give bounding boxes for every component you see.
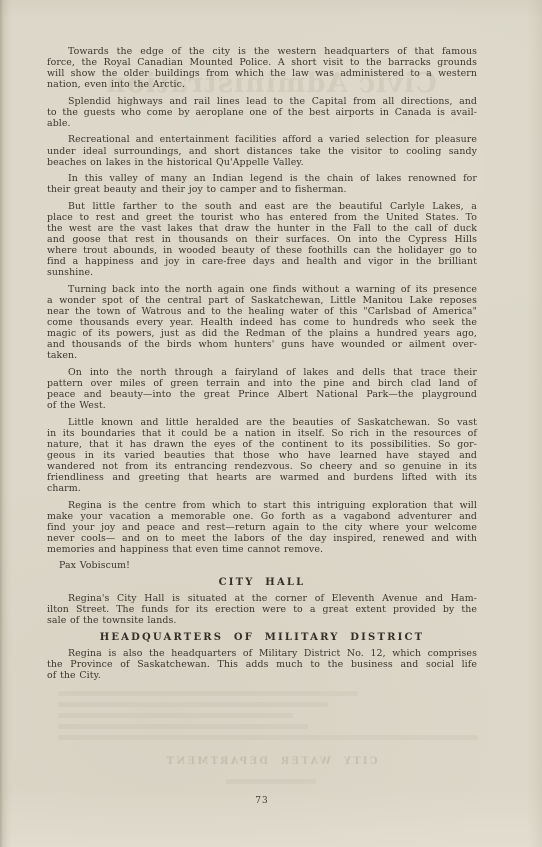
text-line: magic of its powers, just as did the Red…: [47, 328, 477, 339]
text-line: make your vacation a memorable one. Go f…: [47, 511, 477, 522]
text-line: the west are the vast lakes that draw th…: [47, 223, 477, 234]
text-line: On into the north through a fairyland of…: [47, 367, 477, 378]
text-line: taken.: [47, 350, 477, 361]
section-heading-military-district: HEADQUARTERS OF MILITARY DISTRICT: [47, 632, 477, 643]
text-line: will show the older buildings from which…: [47, 68, 477, 79]
bleed-through-line: [58, 702, 328, 707]
city-hall-paragraph-host: Regina's City Hall is situated at the co…: [47, 593, 477, 626]
text-line: ilton Street. The funds for its erection…: [47, 604, 477, 615]
text-line: a wonder spot of the central part of Sas…: [47, 295, 477, 306]
paragraph: In this valley of many an Indian legend …: [47, 173, 477, 195]
text-line: friendliness and greeting that hearts ar…: [47, 472, 477, 483]
text-line: find your joy and peace and rest—return …: [47, 522, 477, 533]
text-line: charm.: [47, 483, 477, 494]
text-line: of the West.: [47, 400, 477, 411]
text-line: Recreational and entertainment facilitie…: [47, 134, 477, 145]
text-line: memories and happiness that even time ca…: [47, 544, 477, 555]
text-line: sunshine.: [47, 267, 477, 278]
text-line: find a happiness and joy in care-free da…: [47, 256, 477, 267]
main-paragraphs: Towards the edge of the city is the west…: [47, 46, 477, 555]
text-line: place to rest and greet the tourist who …: [47, 212, 477, 223]
text-line: Regina is also the headquarters of Milit…: [47, 648, 477, 659]
text-line: Turning back into the north again one fi…: [47, 284, 477, 295]
bleed-through-line: [58, 691, 358, 696]
text-line: Splendid highways and rail lines lead to…: [47, 96, 477, 107]
bleed-through-line: [58, 713, 293, 718]
text-line: their great beauty and their joy to camp…: [47, 184, 477, 195]
text-line: force, the Royal Canadian Mounted Police…: [47, 57, 477, 68]
bleed-through-line: [58, 735, 478, 740]
text-line: Regina is the centre from which to start…: [47, 500, 477, 511]
paragraph: Recreational and entertainment facilitie…: [47, 134, 477, 167]
text-line: come thousands every year. Health indeed…: [47, 317, 477, 328]
bleed-through-line: [58, 724, 308, 729]
page-text: Towards the edge of the city is the west…: [47, 46, 477, 686]
text-line: geous in its varied beauties that those …: [47, 450, 477, 461]
text-line: peace and beauty—into the great Prince A…: [47, 389, 477, 400]
paragraph: Little known and little heralded are the…: [47, 417, 477, 495]
text-line: Towards the edge of the city is the west…: [47, 46, 477, 57]
text-line: and thousands of the birds whom hunters'…: [47, 339, 477, 350]
paragraph: Regina is the centre from which to start…: [47, 500, 477, 555]
text-line: able.: [47, 118, 477, 129]
text-line: sale of the townsite lands.: [47, 615, 477, 626]
text-line: beaches on lakes in the historical Qu'Ap…: [47, 157, 477, 168]
paragraph: Splendid highways and rail lines lead to…: [47, 96, 477, 129]
text-line: the Province of Saskatchewan. This adds …: [47, 659, 477, 670]
paragraph: But little farther to the south and east…: [47, 201, 477, 279]
bleed-through-line: [226, 779, 316, 784]
text-line: But little farther to the south and east…: [47, 201, 477, 212]
text-line: wandered not from its entrancing rendezv…: [47, 461, 477, 472]
pax-paragraph: Pax Vobiscum!: [47, 560, 477, 571]
section-heading-city-hall: CITY HALL: [47, 577, 477, 588]
text-line: pattern over miles of green terrain and …: [47, 378, 477, 389]
text-line: nation, even into the Arctic.: [47, 79, 477, 90]
bleed-through-heading: CITY WATER DEPARTMENT: [0, 756, 542, 767]
text-line: near the town of Watrous and to the heal…: [47, 306, 477, 317]
text-line: Regina's City Hall is situated at the co…: [47, 593, 477, 604]
text-line: never cools— and on to meet the labors o…: [47, 533, 477, 544]
paragraph: Regina's City Hall is situated at the co…: [47, 593, 477, 626]
text-line: In this valley of many an Indian legend …: [47, 173, 477, 184]
text-line: of the City.: [47, 670, 477, 681]
paragraph: On into the north through a fairyland of…: [47, 367, 477, 411]
text-line: in its boundaries that it could be a nat…: [47, 428, 477, 439]
pax-line: Pax Vobiscum!: [47, 560, 477, 571]
paragraph: Turning back into the north again one fi…: [47, 284, 477, 362]
book-page: Civic Administration Towards the edge of…: [0, 0, 542, 847]
paragraph: Regina is also the headquarters of Milit…: [47, 648, 477, 681]
text-line: under ideal surroundings, and short dist…: [47, 146, 477, 157]
text-line: and goose that rest in thousands on thei…: [47, 234, 477, 245]
page-number: 73: [47, 796, 477, 806]
text-line: nature, that it has drawn the eyes of th…: [47, 439, 477, 450]
military-district-paragraph-host: Regina is also the headquarters of Milit…: [47, 648, 477, 681]
text-line: to the guests who come by aeroplane one …: [47, 107, 477, 118]
text-line: where trout abounds, in wooded beauty of…: [47, 245, 477, 256]
text-line: Little known and little heralded are the…: [47, 417, 477, 428]
paragraph: Towards the edge of the city is the west…: [47, 46, 477, 90]
